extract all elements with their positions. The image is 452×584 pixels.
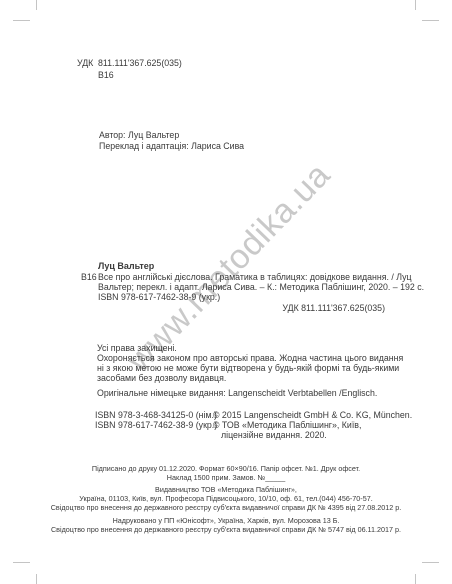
- rights-block: Усі права захищені. Охороняється законом…: [97, 343, 403, 383]
- crop-mark-bottom-left-horizontal: [13, 562, 30, 563]
- crop-mark-bottom-left-vertical: [36, 574, 37, 584]
- print-info-line: Наклад 1500 прим. Замов. №_____: [36, 474, 416, 483]
- imprint-page: www.metodika.ua УДК811.111'367.625(035) …: [0, 0, 452, 584]
- card-author-name: Луц Вальтер: [98, 261, 154, 271]
- crop-mark-bottom-right-horizontal: [422, 562, 439, 563]
- rights-line: Охороняється законом про авторські права…: [97, 353, 403, 363]
- printing-house-block: Надруковано у ПП «Юнісофт», Україна, Хар…: [36, 517, 416, 535]
- udc-code: 811.111'367.625(035): [98, 58, 182, 68]
- copyright-column: © 2015 Langenscheidt GmbH & Co. KG, Münc…: [213, 410, 412, 440]
- isbn-line: ISBN 978-617-7462-38-9 (укр.): [95, 420, 217, 430]
- udc-block: УДК811.111'367.625(035) В16: [77, 58, 182, 81]
- udc-label: УДК: [77, 58, 98, 70]
- original-edition-line: Оригінальне німецьке видання: Langensche…: [97, 388, 377, 398]
- card-isbn-line: ISBN 978-617-7462-38-9 (укр.): [98, 292, 424, 302]
- udc-line: УДК811.111'367.625(035): [77, 58, 182, 70]
- publisher-line: Свідоцтво про внесення до державного реє…: [36, 504, 416, 513]
- crop-mark-bottom-right-vertical: [415, 574, 416, 584]
- credits-block: Автор: Луц Вальтер Переклад і адаптація:…: [99, 130, 244, 152]
- card-description-line: Все про англійські дієслова. Граматика в…: [98, 272, 424, 282]
- card-description-line: Вальтер; перекл. і адапт. Лариса Сива. –…: [98, 282, 424, 292]
- crop-mark-top-left-vertical: [36, 0, 37, 10]
- crop-mark-top-right-vertical: [415, 0, 416, 10]
- publisher-block: Видавництво ТОВ «Методика Паблішинг», Ук…: [36, 486, 416, 512]
- rights-title: Усі права захищені.: [97, 343, 403, 353]
- isbn-column: ISBN 978-3-468-34125-0 (нім.) ISBN 978-6…: [95, 410, 217, 430]
- card-description: Все про англійські дієслова. Граматика в…: [98, 272, 424, 302]
- catalog-card: В16 Все про англійські дієслова. Грамати…: [81, 272, 424, 302]
- rights-line: засобами без дозволу видавця.: [97, 373, 403, 383]
- crop-mark-top-left-horizontal: [13, 20, 30, 21]
- card-author-sign: В16: [81, 272, 97, 282]
- udc-right-aligned: УДК 811.111'367.625(035): [282, 303, 385, 313]
- isbn-line: ISBN 978-3-468-34125-0 (нім.): [95, 410, 217, 420]
- copyright-line: © 2015 Langenscheidt GmbH & Co. KG, Münc…: [213, 410, 412, 420]
- udc-author-sign: В16: [98, 70, 182, 82]
- author-line: Автор: Луц Вальтер: [99, 130, 244, 141]
- crop-mark-top-right-horizontal: [422, 20, 439, 21]
- printing-house-line: Свідоцтво про внесення до державного реє…: [36, 526, 416, 535]
- copyright-line: © ТОВ «Методика Паблішинг», Київ,: [213, 420, 412, 430]
- rights-line: ні з якою метою не може бути відтворена …: [97, 363, 403, 373]
- print-info-block: Підписано до друку 01.12.2020. Формат 60…: [36, 465, 416, 483]
- translation-line: Переклад і адаптація: Лариса Сива: [99, 141, 244, 152]
- copyright-line: ліцензійне видання. 2020.: [213, 430, 412, 440]
